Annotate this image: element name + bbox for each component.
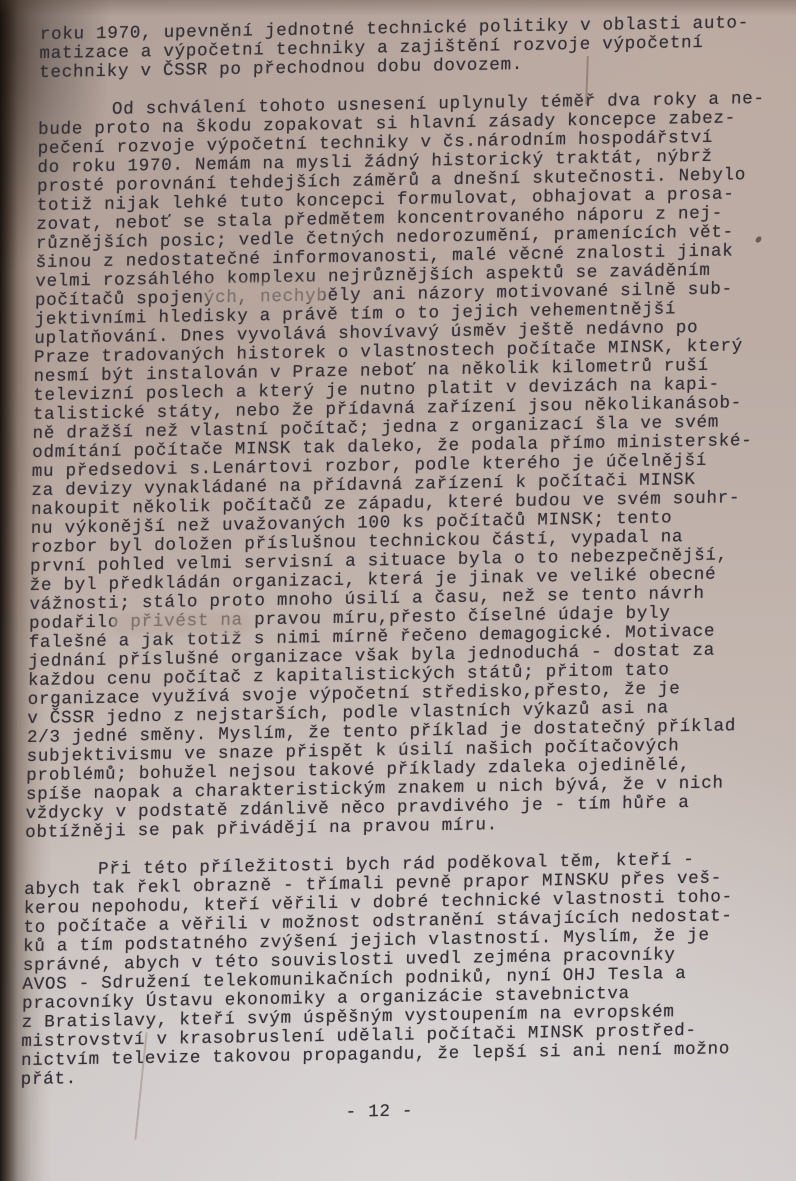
ink-smudge bbox=[204, 282, 326, 303]
ink-smudge bbox=[112, 613, 250, 634]
typewritten-text-block: roku 1970, upevnění jednotné technické p… bbox=[20, 14, 772, 1128]
paragraph: Při této příležitosti bych rád poděkoval… bbox=[20, 850, 756, 1090]
scanned-book-page: roku 1970, upevnění jednotné technické p… bbox=[0, 0, 796, 1181]
paragraph: Od schválení tohoto usnesení uplynuly té… bbox=[25, 90, 771, 843]
paragraph: roku 1970, upevnění jednotné technické p… bbox=[39, 14, 772, 83]
